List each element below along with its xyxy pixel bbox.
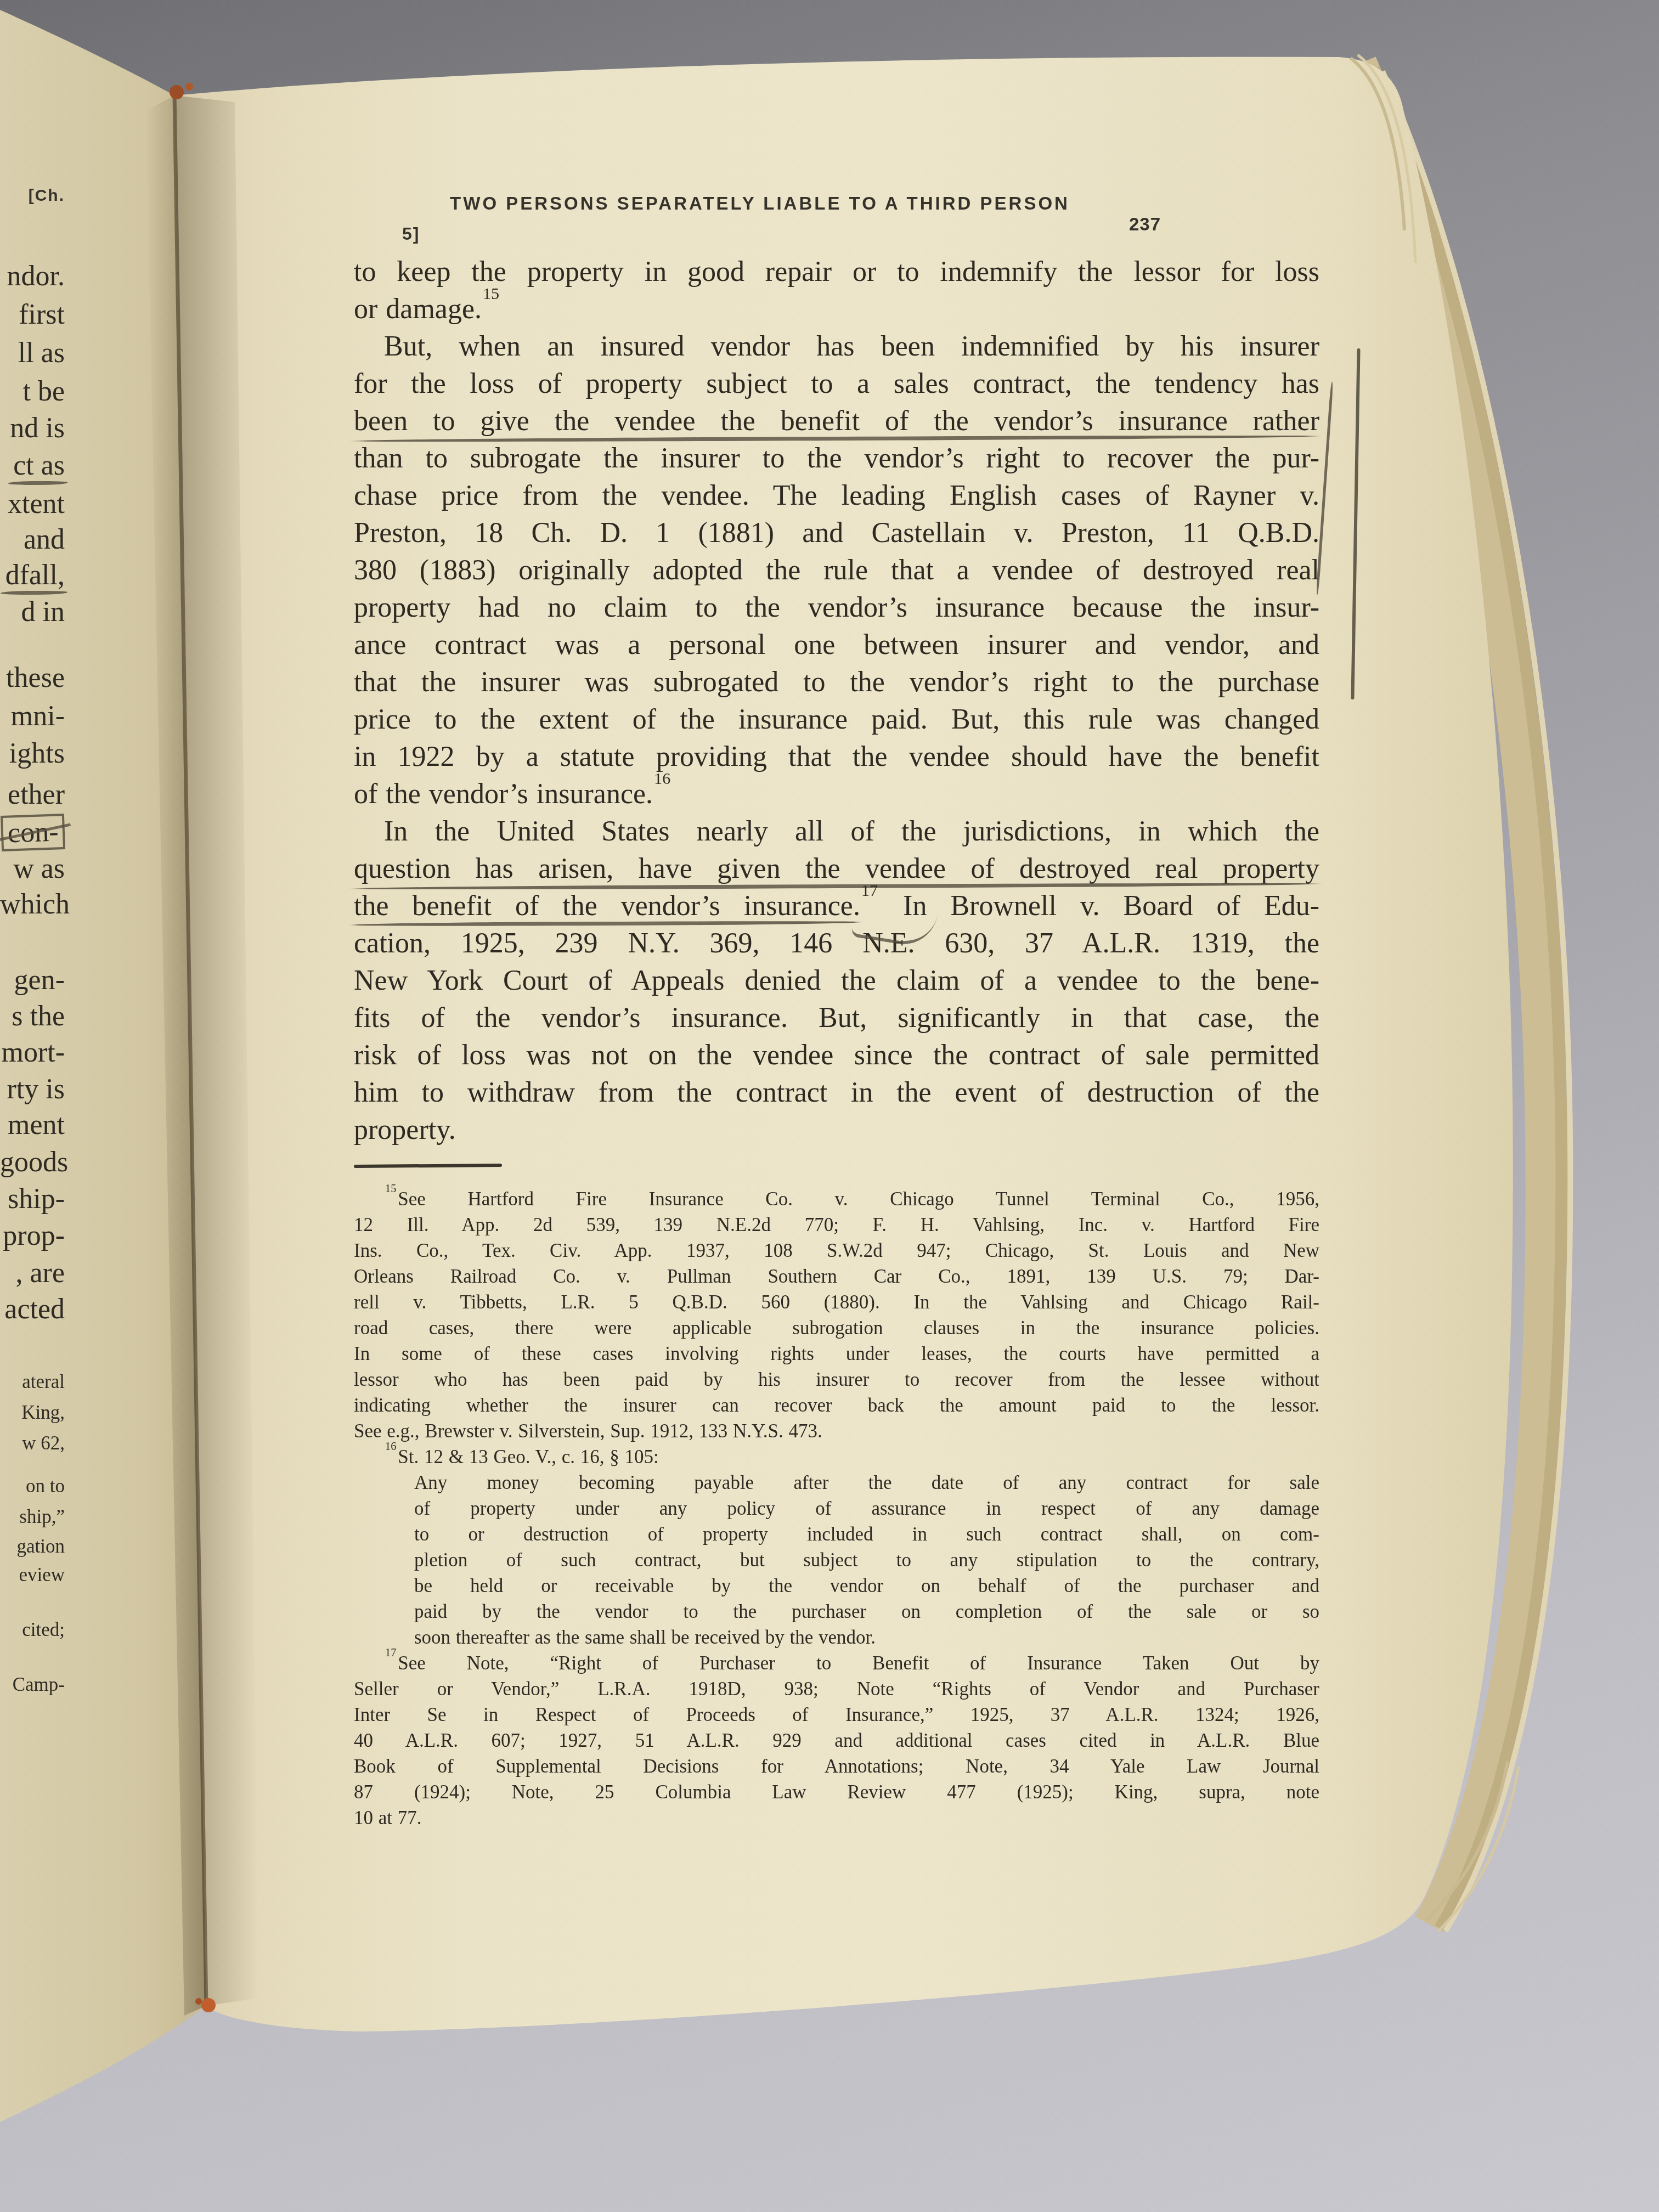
text-run: paid by the vendor to the purchaser on c… [414, 1601, 1319, 1622]
text-run: goods [0, 1147, 68, 1178]
text-run: t be [22, 376, 65, 407]
text-line: of the vendor’s insurance.16 [354, 776, 1319, 813]
running-head-title: TWO PERSONS SEPARATELY LIABLE TO A THIRD… [433, 193, 1086, 214]
footnote-marker: 17 [861, 881, 878, 900]
text-run: for the loss of property subject to a sa… [354, 368, 1319, 399]
left-page-fragment: acted [0, 1294, 65, 1325]
footnotes-block: 15See Hartford Fire Insurance Co. v. Chi… [354, 1186, 1319, 1831]
text-run: New York Court of Appeals denied the cla… [354, 965, 1319, 996]
text-run: prop- [3, 1220, 65, 1251]
text-run: gation [17, 1536, 65, 1557]
text-run: to keep the property in good repair or t… [354, 256, 1319, 287]
text-run: nd is [10, 413, 65, 444]
pencil-underlined-text: dfall, [5, 560, 65, 591]
text-run: rell v. Tibbetts, L.R. 5 Q.B.D. 560 (188… [354, 1291, 1319, 1313]
spine-speck-bottom2 [195, 1998, 202, 2005]
text-run: cation, 1925, 239 N.Y. 369, 146 N.E. 630… [354, 928, 1319, 959]
text-line: 12 Ill. App. 2d 539, 139 N.E.2d 770; F. … [354, 1212, 1319, 1238]
text-line: Ins. Co., Tex. Civ. App. 1937, 108 S.W.2… [354, 1238, 1319, 1263]
text-run: fits of the vendor’s insurance. But, sig… [354, 1002, 1319, 1034]
text-line: to or destruction of property included i… [414, 1521, 1319, 1547]
text-line: 40 A.L.R. 607; 1927, 51 A.L.R. 929 and a… [354, 1728, 1319, 1753]
text-line: soon thereafter as the same shall be rec… [414, 1624, 1319, 1650]
text-line: 10 at 77. [354, 1805, 1319, 1831]
text-line: question has arisen, have given the vend… [354, 850, 1319, 888]
text-line: See e.g., Brewster v. Silverstein, Sup. … [354, 1418, 1319, 1444]
left-page-fragment: ights [0, 738, 65, 769]
text-line: been to give the vendee the benefit of t… [354, 403, 1319, 440]
left-page-fragment: first [0, 299, 65, 330]
text-line: chase price from the vendee. The leading… [354, 477, 1319, 515]
text-run: 10 at 77. [354, 1807, 422, 1829]
text-line: 17See Note, “Right of Purchaser to Benef… [354, 1650, 1319, 1676]
text-line: In some of these cases involving rights … [354, 1341, 1319, 1367]
text-line: fits of the vendor’s insurance. But, sig… [354, 1000, 1319, 1037]
left-page-fragment: ship- [0, 1183, 65, 1215]
footnote-marker: 16 [654, 769, 670, 788]
text-line: Seller or Vendor,” L.R.A. 1918D, 938; No… [354, 1676, 1319, 1702]
text-line: 87 (1924); Note, 25 Columbia Law Review … [354, 1779, 1319, 1805]
left-page-fragment: cited; [0, 1620, 65, 1641]
text-line: ance contract was a personal one between… [354, 627, 1319, 664]
text-run: eview [19, 1564, 65, 1585]
text-run: But, when an insured vendor has been ind… [384, 331, 1319, 362]
text-run: ether [8, 779, 65, 810]
main-text-block: to keep the property in good repair or t… [354, 253, 1319, 1149]
text-run: Any money becoming payable after the dat… [414, 1472, 1319, 1493]
left-page-fragment: con- [0, 815, 65, 850]
text-run: lessor who has been paid by his insurer … [354, 1369, 1319, 1390]
text-run: be held or receivable by the vendor on b… [414, 1575, 1319, 1596]
left-page-fragment: ment [0, 1109, 65, 1141]
text-run: Inter Se in Respect of Proceeds of Insur… [354, 1704, 1319, 1725]
text-line: the benefit of the vendor’s insurance.17… [354, 888, 1319, 925]
text-run: ights [9, 738, 65, 769]
text-line: 16St. 12 & 13 Geo. V., c. 16, § 105: [354, 1444, 1319, 1470]
text-line: indicating whether the insurer can recov… [354, 1392, 1319, 1418]
text-line: that the insurer was subrogated to the v… [354, 664, 1319, 701]
text-run: mort- [1, 1037, 65, 1068]
text-run: than to subrogate the insurer to the ven… [354, 443, 1319, 474]
text-run: property. [354, 1114, 456, 1145]
text-run: 87 (1924); Note, 25 Columbia Law Review … [354, 1781, 1319, 1803]
left-page-fragment: s the [0, 1001, 65, 1032]
text-line: 380 (1883) originally adopted the rule t… [354, 552, 1319, 589]
text-line: Preston, 18 Ch. D. 1 (1881) and Castella… [354, 515, 1319, 552]
left-page-fragment: goods [0, 1147, 65, 1178]
text-run: on to [26, 1475, 65, 1497]
text-run: or damage. [354, 294, 482, 325]
left-page-fragment: w as [0, 853, 65, 884]
section-number: 5] [402, 224, 420, 244]
text-run: and [24, 524, 65, 555]
text-run: See Note, “Right of Purchaser to Benefit… [398, 1652, 1319, 1674]
spine-speck-bottom [201, 1998, 216, 2012]
text-line: or damage.15 [354, 291, 1319, 328]
text-run: Preston, 18 Ch. D. 1 (1881) and Castella… [354, 517, 1319, 549]
text-run: 12 Ill. App. 2d 539, 139 N.E.2d 770; F. … [354, 1214, 1319, 1235]
footnote-marker: 15 [483, 284, 499, 303]
text-run: , are [16, 1257, 65, 1289]
left-page-fragment: eview [0, 1565, 65, 1586]
text-line: property. [354, 1111, 1319, 1149]
text-run: risk of loss was not on the vendee since… [354, 1040, 1319, 1071]
text-run: w 62, [22, 1432, 65, 1454]
text-run: property had no claim to the vendor’s in… [354, 592, 1319, 623]
left-page-fragment: these [0, 662, 65, 693]
text-run: which [0, 889, 70, 920]
left-page-fragment: nd is [0, 413, 65, 444]
pencil-underlined-text: been to give the vendee the benefit of t… [354, 405, 1319, 437]
text-run: In Brownell v. Board of Edu- [879, 890, 1319, 922]
text-run: See Hartford Fire Insurance Co. v. Chica… [398, 1188, 1319, 1210]
text-run: him to withdraw from the contract in the… [354, 1077, 1319, 1108]
text-run: St. 12 & 13 Geo. V., c. 16, § 105: [398, 1446, 658, 1468]
text-line: of property under any policy of assuranc… [414, 1496, 1319, 1521]
text-run: Book of Supplemental Decisions for Annot… [354, 1756, 1319, 1777]
text-run: mni- [11, 701, 65, 732]
text-line: than to subrogate the insurer to the ven… [354, 440, 1319, 477]
text-run: first [19, 299, 65, 330]
text-run: King, [21, 1402, 65, 1423]
text-run: ance contract was a personal one between… [354, 629, 1319, 661]
text-line: Book of Supplemental Decisions for Annot… [354, 1753, 1319, 1779]
spine-speck-top [170, 85, 184, 99]
left-page-fragment: dfall, [0, 560, 65, 591]
left-page-fragment: w 62, [0, 1433, 65, 1454]
text-run: ship,” [19, 1506, 65, 1527]
left-page-fragment: ship,” [0, 1506, 65, 1528]
text-line: paid by the vendor to the purchaser on c… [414, 1599, 1319, 1624]
text-run: In the United States nearly all of the j… [384, 816, 1319, 847]
text-line: for the loss of property subject to a sa… [354, 365, 1319, 403]
left-page-fragment: t be [0, 376, 65, 407]
text-line: Any money becoming payable after the dat… [414, 1470, 1319, 1496]
text-run: chase price from the vendee. The leading… [354, 480, 1319, 511]
text-line: cation, 1925, 239 N.Y. 369, 146 N.E. 630… [354, 925, 1319, 962]
left-page-fragment: Camp- [0, 1674, 65, 1696]
text-run: of the vendor’s insurance. [354, 778, 653, 810]
left-page-fragment: ct as [0, 450, 65, 481]
text-run: indicating whether the insurer can recov… [354, 1395, 1319, 1416]
text-run: ship- [8, 1183, 65, 1215]
left-page-header-text: [Ch. [29, 187, 65, 205]
text-line: price to the extent of the insurance pai… [354, 701, 1319, 738]
text-run: acted [4, 1294, 65, 1325]
spine-speck-top2 [185, 83, 193, 91]
text-run: ment [8, 1109, 65, 1141]
text-run: road cases, there were applicable subrog… [354, 1317, 1319, 1339]
text-line: be held or receivable by the vendor on b… [414, 1573, 1319, 1599]
pencil-boxed-word: con- [0, 814, 65, 851]
text-line: pletion of such contract, but subject to… [414, 1547, 1319, 1573]
text-run: price to the extent of the insurance pai… [354, 704, 1319, 735]
text-line: road cases, there were applicable subrog… [354, 1315, 1319, 1341]
book-photo: { "colors": { "backdrop_top": "#6f6f73",… [0, 0, 1659, 2212]
text-run: See e.g., Brewster v. Silverstein, Sup. … [354, 1420, 822, 1442]
footnote-marker: 17 [385, 1647, 396, 1659]
text-line: Inter Se in Respect of Proceeds of Insur… [354, 1702, 1319, 1728]
text-run: In some of these cases involving rights … [354, 1343, 1319, 1364]
footnote-marker: 15 [385, 1183, 396, 1195]
left-page-fragment: ateral [0, 1372, 65, 1393]
text-line: him to withdraw from the contract in the… [354, 1074, 1319, 1111]
pencil-underlined-text: ct as [13, 450, 65, 481]
left-page-fragment: xtent [0, 488, 65, 520]
left-page-fragment: rty is [0, 1074, 65, 1105]
text-run: gen- [14, 964, 65, 996]
left-page-fragment: prop- [0, 1220, 65, 1251]
text-run: Ins. Co., Tex. Civ. App. 1937, 108 S.W.2… [354, 1240, 1319, 1261]
left-page-fragment: which [0, 889, 65, 920]
text-run: these [6, 662, 65, 693]
left-page-fragment: King, [0, 1402, 65, 1424]
left-page-fragment: on to [0, 1476, 65, 1497]
text-run: 380 (1883) originally adopted the rule t… [354, 555, 1319, 586]
text-line: property had no claim to the vendor’s in… [354, 589, 1319, 627]
left-page-fragment: mni- [0, 701, 65, 732]
left-page-fragment: gen- [0, 964, 65, 996]
text-run: pletion of such contract, but subject to… [414, 1549, 1319, 1571]
text-run: ll as [18, 337, 65, 369]
text-run: 40 A.L.R. 607; 1927, 51 A.L.R. 929 and a… [354, 1730, 1319, 1751]
text-run: rty is [7, 1074, 65, 1105]
text-line: New York Court of Appeals denied the cla… [354, 962, 1319, 1000]
text-line: in 1922 by a statute providing that the … [354, 738, 1319, 776]
text-run: soon thereafter as the same shall be rec… [414, 1627, 876, 1648]
text-run: of property under any policy of assuranc… [414, 1498, 1319, 1519]
text-line: rell v. Tibbetts, L.R. 5 Q.B.D. 560 (188… [354, 1289, 1319, 1315]
text-line: Orleans Railroad Co. v. Pullman Southern… [354, 1263, 1319, 1289]
left-page-fragment: d in [0, 596, 65, 628]
text-run: that the insurer was subrogated to the v… [354, 667, 1319, 698]
left-page-fragment: , are [0, 1257, 65, 1289]
left-page-fragment: ndor. [0, 261, 65, 292]
text-line: 15See Hartford Fire Insurance Co. v. Chi… [354, 1186, 1319, 1212]
pencil-underlined-text: the benefit of the vendor’s insurance. [354, 890, 860, 922]
text-line: In the United States nearly all of the j… [354, 813, 1319, 850]
page-number: 237 [1129, 214, 1161, 235]
text-run: in 1922 by a statute providing that the … [354, 741, 1319, 772]
left-page-fragment: gation [0, 1536, 65, 1558]
left-page-fragment: mort- [0, 1037, 65, 1068]
statute-quote-block: Any money becoming payable after the dat… [414, 1470, 1319, 1650]
text-run: s the [12, 1001, 65, 1032]
left-page-fragment: ether [0, 779, 65, 810]
left-page-running-head: [Ch. [0, 187, 65, 205]
left-page-fragment: and [0, 524, 65, 555]
footnote-marker: 16 [385, 1441, 396, 1453]
text-run: Seller or Vendor,” L.R.A. 1918D, 938; No… [354, 1678, 1319, 1700]
left-page-fragment: ll as [0, 337, 65, 369]
text-line: lessor who has been paid by his insurer … [354, 1367, 1319, 1392]
text-run: cited; [22, 1619, 65, 1640]
text-run: w as [13, 853, 65, 884]
text-run: ateral [22, 1371, 65, 1392]
text-run: Orleans Railroad Co. v. Pullman Southern… [354, 1266, 1319, 1287]
text-run: d in [21, 596, 65, 628]
text-run: Camp- [13, 1674, 65, 1695]
pencil-underlined-text: question has arisen, have given the vend… [354, 853, 1319, 884]
text-run: to or destruction of property included i… [414, 1523, 1319, 1545]
text-run: ndor. [7, 261, 65, 292]
text-line: But, when an insured vendor has been ind… [354, 328, 1319, 365]
text-run: xtent [8, 488, 65, 520]
text-line: risk of loss was not on the vendee since… [354, 1037, 1319, 1074]
